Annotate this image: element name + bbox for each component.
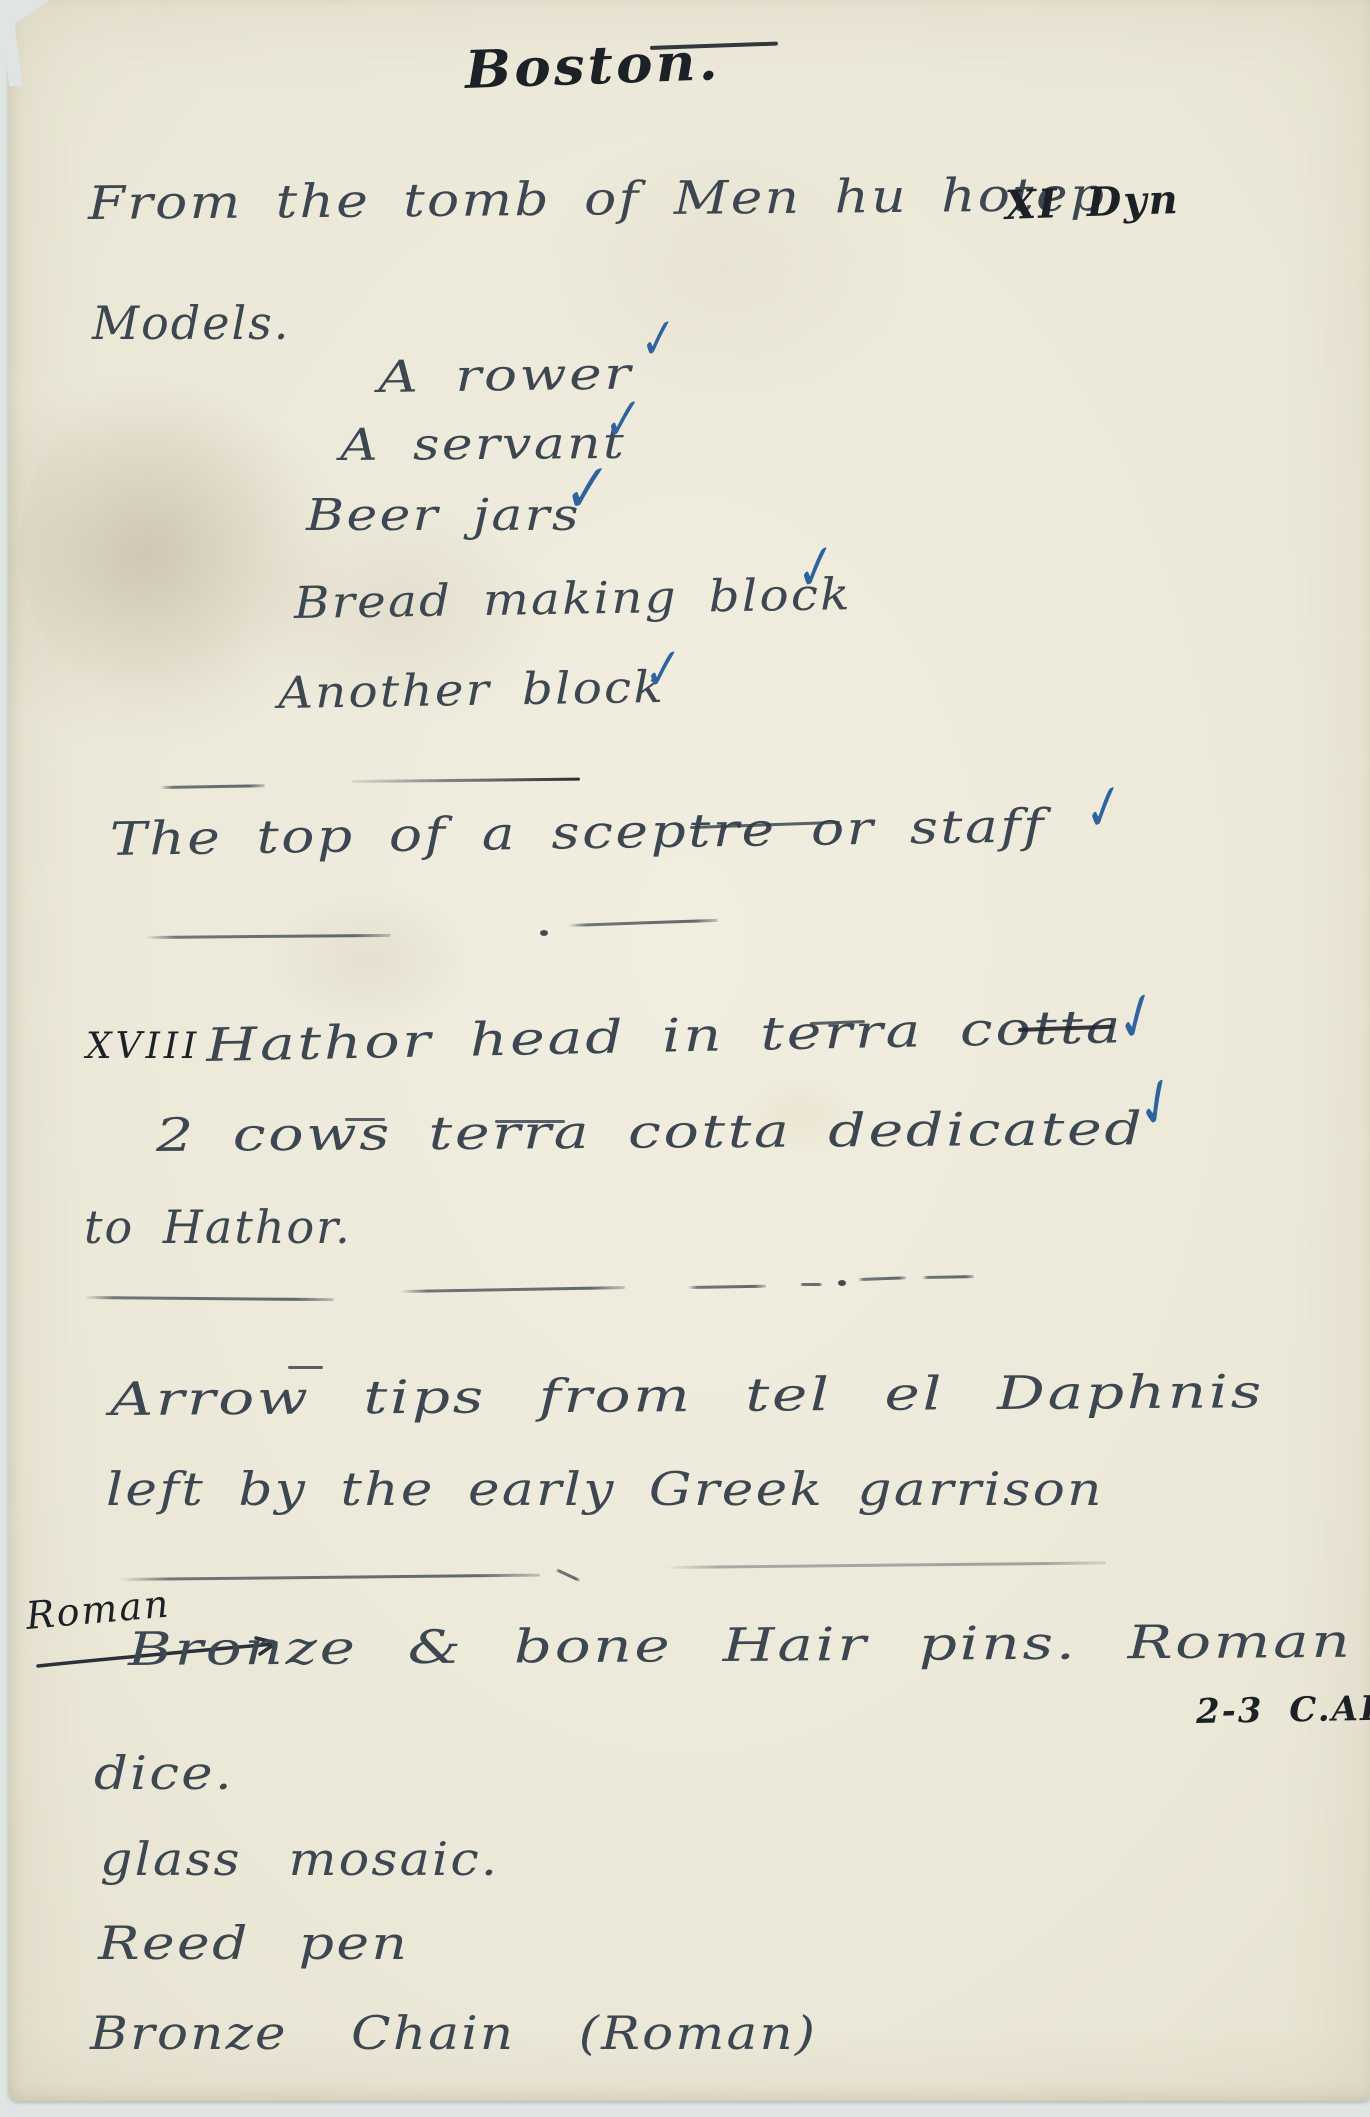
- terracotta-line-3: to Hathor.: [84, 1200, 352, 1254]
- list-item: Another block: [278, 662, 666, 719]
- paper-stain: [20, 380, 320, 710]
- checkmark-icon: ✓: [563, 454, 611, 525]
- dynasty-numeral: XVIII: [86, 1026, 200, 1067]
- ink-dot: [540, 930, 548, 936]
- t-cross-stroke: [288, 1366, 323, 1369]
- hairpins-line: Bronze & bone Hair pins. Roman: [128, 1614, 1353, 1676]
- list-item: glass mosaic.: [100, 1832, 499, 1886]
- terracotta-line-2: 2 cows terra cotta dedicated: [156, 1101, 1145, 1162]
- list-item: Bread making block: [294, 569, 853, 629]
- daphnae-line-2: left by the early Greek garrison: [106, 1462, 1104, 1516]
- date-note: 2-3 C.AD: [1196, 1689, 1370, 1732]
- models-label: Models.: [92, 296, 290, 350]
- checkmark-icon: ✓: [1082, 773, 1126, 844]
- t-cross-stroke: [345, 1118, 385, 1121]
- t-cross-stroke: [495, 1120, 565, 1123]
- list-item: Bronze Chain (Roman): [90, 2006, 817, 2060]
- list-item: Beer jars: [306, 490, 581, 541]
- ink-dot: [838, 1280, 846, 1286]
- scanned-note-page: Boston. From the tomb of Men hu hotep XI…: [0, 0, 1370, 2117]
- list-item: dice.: [94, 1746, 234, 1800]
- checkmark-icon: ✓: [644, 638, 682, 700]
- checkmark-icon: ✓: [640, 310, 678, 371]
- divider-line: [800, 1283, 822, 1286]
- checkmark-icon: ✓: [795, 533, 838, 603]
- checkmark-icon: ✓: [603, 388, 643, 451]
- daphnae-line-1: Arrow tips from tel el Daphnis: [110, 1364, 1265, 1426]
- tomb-heading: From the tomb of Men hu hotep: [88, 167, 1107, 230]
- list-item: Reed pen: [98, 1916, 409, 1970]
- list-item: A rower: [377, 348, 633, 403]
- dynasty-note: XI Dyn: [1004, 176, 1180, 229]
- page-title: Boston.: [464, 31, 722, 101]
